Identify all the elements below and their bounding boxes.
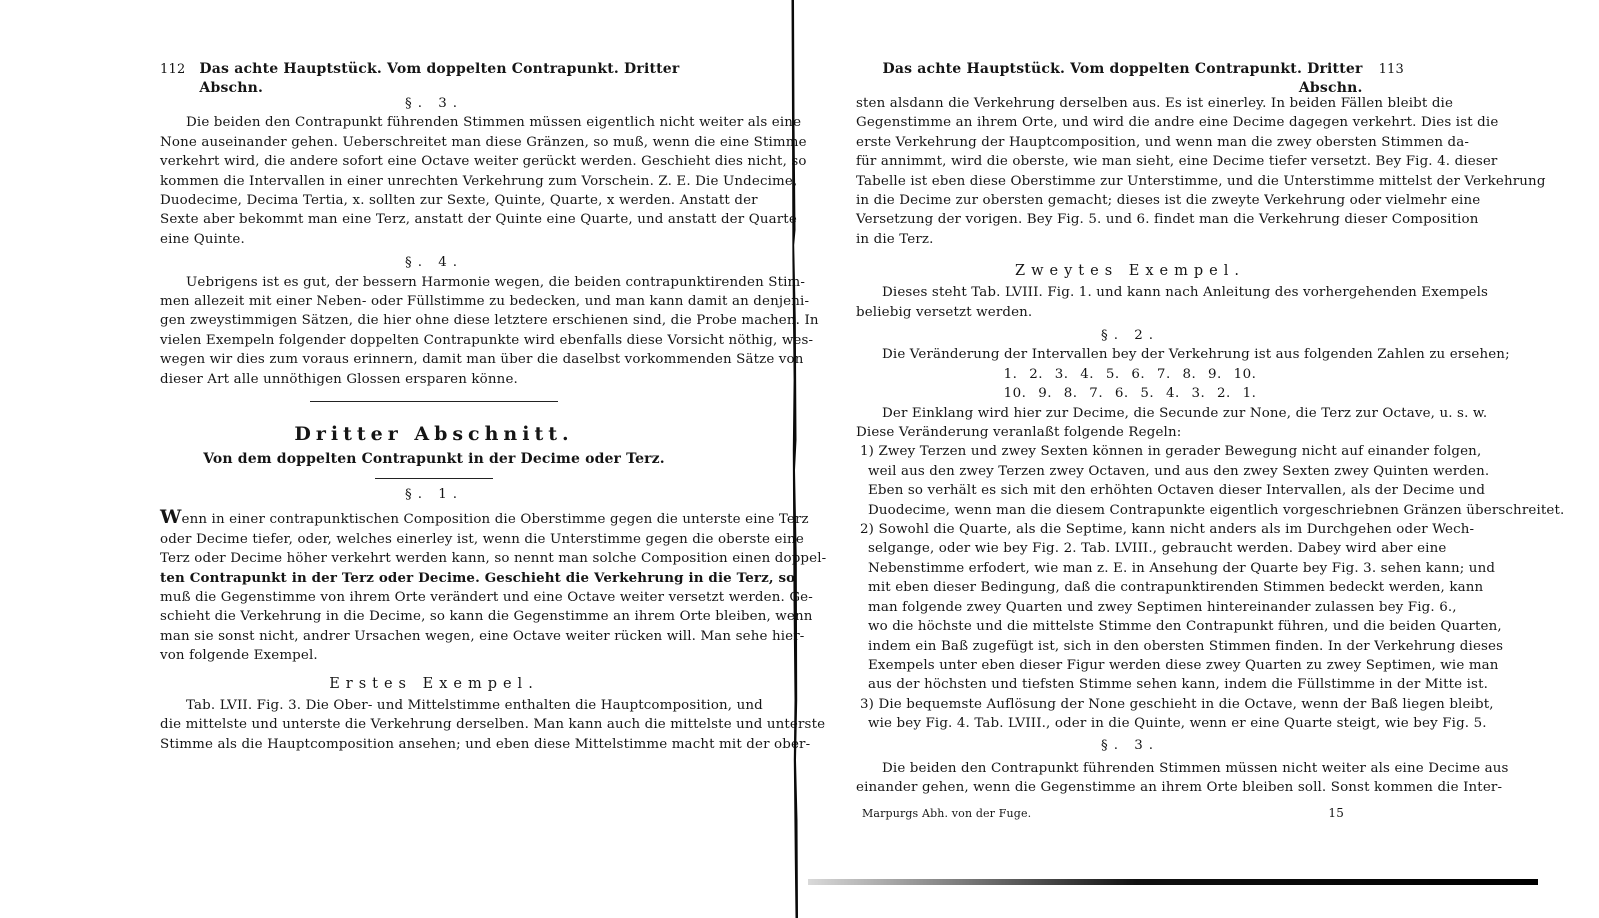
- text-line: men allezeit mit einer Neben- oder Fülls…: [160, 292, 708, 311]
- page-footer: Marpurgs Abh. von der Fuge. 15: [856, 804, 1404, 823]
- book-spread: 112 Das achte Hauptstück. Vom doppelten …: [0, 0, 1599, 918]
- text-line: wo die höchste und die mittelste Stimme …: [856, 617, 1404, 636]
- text-line: einander gehen, wenn die Gegenstimme an …: [856, 778, 1404, 797]
- text-line: oder Decime tiefer, oder, welches einerl…: [160, 530, 708, 549]
- chapter-subtitle: Von dem doppelten Contrapunkt in der Dec…: [160, 448, 708, 470]
- text-line: Duodecime, wenn man die diesem Contrapun…: [856, 501, 1404, 520]
- text-line: sten alsdann die Verkehrung derselben au…: [856, 94, 1404, 113]
- text-line: aus der höchsten und tiefsten Stimme seh…: [856, 675, 1404, 694]
- text-line: erste Verkehrung der Hauptcomposition, u…: [856, 133, 1404, 152]
- book-gutter: [790, 0, 798, 918]
- section-1-body: Wenn in einer contrapunktischen Composit…: [160, 508, 708, 665]
- text-line: Uebrigens ist es gut, der bessern Harmon…: [160, 273, 708, 292]
- right-running-title: Das achte Hauptstück. Vom doppelten Cont…: [856, 60, 1379, 99]
- text-line: indem ein Baß zugefügt ist, sich in den …: [856, 637, 1404, 656]
- left-running-head: 112 Das achte Hauptstück. Vom doppelten …: [160, 60, 708, 84]
- rule-1: 1) Zwey Terzen und zwey Sexten können in…: [856, 442, 1404, 520]
- right-running-head: Das achte Hauptstück. Vom doppelten Cont…: [856, 60, 1404, 84]
- text-line: Die beiden den Contrapunkt führenden Sti…: [160, 113, 708, 132]
- section-4-body: Uebrigens ist es gut, der bessern Harmon…: [160, 273, 708, 389]
- text-line: 1) Zwey Terzen und zwey Sexten können in…: [856, 442, 1404, 461]
- text-line: in die Decime zur obersten gemacht; dies…: [856, 191, 1404, 210]
- subtitle-divider-rule: [375, 478, 493, 479]
- text-line: Dieses steht Tab. LVIII. Fig. 1. und kan…: [856, 283, 1404, 302]
- section-3-body: Die beiden den Contrapunkt führenden Sti…: [160, 113, 708, 249]
- text-line: Stimme als die Hauptcomposition ansehen;…: [160, 735, 708, 754]
- signature-mark: 15: [1328, 804, 1344, 823]
- section-4-mark: §. 4.: [160, 253, 708, 272]
- text-line: Nebenstimme erfodert, wie man z. E. in A…: [856, 559, 1404, 578]
- text-line: Terz oder Decime höher verkehrt werden k…: [160, 549, 708, 568]
- text-line: Tab. LVII. Fig. 3. Die Ober- und Mittels…: [160, 696, 708, 715]
- text-line: Diese Veränderung veranlaßt folgende Reg…: [856, 423, 1404, 442]
- text-line: in die Terz.: [856, 230, 1404, 249]
- left-text-block: 112 Das achte Hauptstück. Vom doppelten …: [160, 60, 708, 754]
- text-line: mit eben dieser Bedingung, daß die contr…: [856, 578, 1404, 597]
- text-line: Gegenstimme an ihrem Orte, und wird die …: [856, 113, 1404, 132]
- text-line: von folgende Exempel.: [160, 646, 708, 665]
- text-line: weil aus den zwey Terzen zwey Octaven, u…: [856, 462, 1404, 481]
- text-line: Duodecime, Decima Tertia, x. sollten zur…: [160, 191, 708, 210]
- rule-2: 2) Sowohl die Quarte, als die Septime, k…: [856, 520, 1404, 695]
- text-line: Sexte aber bekommt man eine Terz, anstat…: [160, 210, 708, 229]
- text-line: dieser Art alle unnöthigen Glossen erspa…: [160, 370, 708, 389]
- text-line: selgange, oder wie bey Fig. 2. Tab. LVII…: [856, 539, 1404, 558]
- chapter-divider-rule: [310, 401, 558, 402]
- example-1-body: Tab. LVII. Fig. 3. Die Ober- und Mittels…: [160, 696, 708, 754]
- text-line: None auseinander gehen. Ueberschreitet m…: [160, 133, 708, 152]
- text-line: die mittelste und unterste die Verkehrun…: [160, 715, 708, 734]
- text-line: verkehrt wird, die andere sofort eine Oc…: [160, 152, 708, 171]
- text-line: wie bey Fig. 4. Tab. LVIII., oder in die…: [856, 714, 1404, 733]
- text-line: Eben so verhält es sich mit den erhöhten…: [856, 481, 1404, 500]
- right-text-block: Das achte Hauptstück. Vom doppelten Cont…: [856, 60, 1404, 823]
- gutter-line-icon: [790, 0, 798, 918]
- text-line: schieht die Verkehrung in die Decime, so…: [160, 607, 708, 626]
- example-2-body: Dieses steht Tab. LVIII. Fig. 1. und kan…: [856, 283, 1404, 322]
- text-line: für annimmt, wird die oberste, wie man s…: [856, 152, 1404, 171]
- chapter-title: Dritter Abschnitt.: [160, 420, 708, 448]
- drop-cap: W: [160, 506, 182, 528]
- text-line: beliebig versetzt werden.: [856, 303, 1404, 322]
- text-line: eine Quinte.: [160, 230, 708, 249]
- example-2-title: Zweytes Exempel.: [856, 259, 1404, 283]
- section-1-mark: §. 1.: [160, 485, 708, 504]
- text-line: 3) Die bequemste Auflösung der None gesc…: [856, 695, 1404, 714]
- text-line: muß die Gegenstimme von ihrem Orte verän…: [160, 588, 708, 607]
- page-bottom-edge: [808, 879, 1538, 885]
- text-line: gen zweystimmigen Sätzen, die hier ohne …: [160, 311, 708, 330]
- text-line: Die beiden den Contrapunkt führenden Sti…: [856, 759, 1404, 778]
- left-running-title: Das achte Hauptstück. Vom doppelten Cont…: [185, 60, 708, 99]
- text-line: Der Einklang wird hier zur Decime, die S…: [856, 404, 1404, 423]
- text-line: Die Veränderung der Intervallen bey der …: [856, 345, 1404, 364]
- text-line: Exempels unter eben dieser Figur werden …: [856, 656, 1404, 675]
- continuation-body: sten alsdann die Verkehrung derselben au…: [856, 94, 1404, 249]
- signature-text: Marpurgs Abh. von der Fuge.: [862, 804, 1031, 823]
- section-2-mark: §. 2.: [856, 326, 1404, 345]
- text-line: 2) Sowohl die Quarte, als die Septime, k…: [856, 520, 1404, 539]
- section-3-mark-right: §. 3.: [856, 736, 1404, 755]
- text-line: kommen die Intervallen in einer unrechte…: [160, 172, 708, 191]
- text-line: man folgende zwey Quarten und zwey Septi…: [856, 598, 1404, 617]
- interval-numbers-descending: 10. 9. 8. 7. 6. 5. 4. 3. 2. 1.: [856, 384, 1404, 403]
- section-3-body-right: Die beiden den Contrapunkt führenden Sti…: [856, 759, 1404, 798]
- example-1-title: Erstes Exempel.: [160, 672, 708, 696]
- section-2-body: Die Veränderung der Intervallen bey der …: [856, 345, 1404, 733]
- left-page: 112 Das achte Hauptstück. Vom doppelten …: [0, 0, 790, 918]
- text-line: man sie sonst nicht, andrer Ursachen weg…: [160, 627, 708, 646]
- right-page-number: 113: [1379, 60, 1404, 79]
- right-page: Das achte Hauptstück. Vom doppelten Cont…: [800, 0, 1599, 918]
- text-line-with-dropcap: Wenn in einer contrapunktischen Composit…: [160, 508, 708, 529]
- interval-numbers-ascending: 1. 2. 3. 4. 5. 6. 7. 8. 9. 10.: [856, 365, 1404, 384]
- left-page-number: 112: [160, 60, 185, 79]
- text-line: Versetzung der vorigen. Bey Fig. 5. und …: [856, 210, 1404, 229]
- text-line: Tabelle ist eben diese Oberstimme zur Un…: [856, 172, 1404, 191]
- text-line: vielen Exempeln folgender doppelten Cont…: [160, 331, 708, 350]
- text-line: ten Contrapunkt in der Terz oder Decime.…: [160, 569, 708, 588]
- text-line: wegen wir dies zum voraus erinnern, dami…: [160, 350, 708, 369]
- rule-3: 3) Die bequemste Auflösung der None gesc…: [856, 695, 1404, 734]
